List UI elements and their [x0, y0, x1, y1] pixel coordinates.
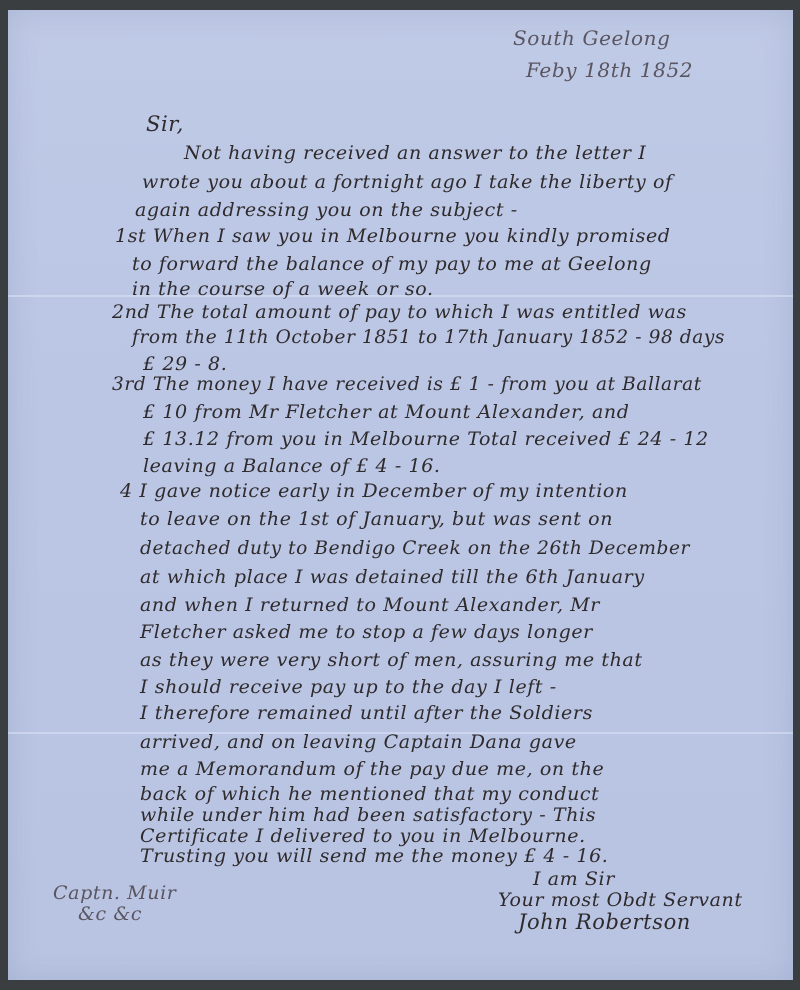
- body-line: £ 13.12 from you in Melbourne Total rece…: [143, 428, 709, 450]
- body-line: 3rd The money I have received is £ 1 - f…: [112, 374, 702, 395]
- body-line: in the course of a week or so.: [132, 278, 434, 300]
- body-line: 4 I gave notice early in December of my …: [120, 480, 628, 502]
- body-line: wrote you about a fortnight ago I take t…: [142, 171, 673, 193]
- body-line: £ 10 from Mr Fletcher at Mount Alexander…: [143, 401, 630, 423]
- body-line: I therefore remained until after the Sol…: [140, 702, 593, 724]
- letter-place: South Geelong: [513, 26, 670, 50]
- body-line: again addressing you on the subject -: [135, 199, 518, 221]
- addressee-name: Captn. Muir: [53, 882, 176, 904]
- signature: John Robertson: [518, 910, 691, 934]
- body-line: arrived, and on leaving Captain Dana gav…: [140, 731, 577, 753]
- body-line: 2nd The total amount of pay to which I w…: [112, 301, 687, 323]
- body-line: me a Memorandum of the pay due me, on th…: [140, 758, 604, 780]
- body-line: from the 11th October 1851 to 17th Janua…: [132, 327, 725, 348]
- closing-line: Your most Obdt Servant: [498, 889, 743, 911]
- addressee-etc: &c &c: [78, 903, 142, 925]
- body-line: as they were very short of men, assuring…: [140, 649, 643, 671]
- body-line: back of which he mentioned that my condu…: [140, 783, 599, 805]
- body-line: 1st When I saw you in Melbourne you kind…: [115, 225, 671, 247]
- body-line: and when I returned to Mount Alexander, …: [140, 594, 600, 616]
- body-line: leaving a Balance of £ 4 - 16.: [143, 455, 441, 477]
- letter-date: Feby 18th 1852: [526, 58, 693, 82]
- salutation: Sir,: [146, 112, 184, 136]
- body-line: while under him had been satisfactory - …: [140, 804, 596, 826]
- body-line: Not having received an answer to the let…: [184, 142, 646, 164]
- body-line: I should receive pay up to the day I lef…: [140, 676, 557, 698]
- closing-line: I am Sir: [533, 868, 615, 890]
- body-line: at which place I was detained till the 6…: [140, 566, 645, 588]
- body-line: detached duty to Bendigo Creek on the 26…: [140, 538, 690, 559]
- letter-page: South Geelong Feby 18th 1852 Sir, Not ha…: [8, 10, 793, 980]
- body-line: Trusting you will send me the money £ 4 …: [140, 845, 608, 867]
- body-line: to forward the balance of my pay to me a…: [132, 253, 652, 275]
- body-line: £ 29 - 8.: [143, 353, 227, 375]
- body-line: to leave on the 1st of January, but was …: [140, 508, 613, 530]
- body-line: Fletcher asked me to stop a few days lon…: [140, 621, 593, 643]
